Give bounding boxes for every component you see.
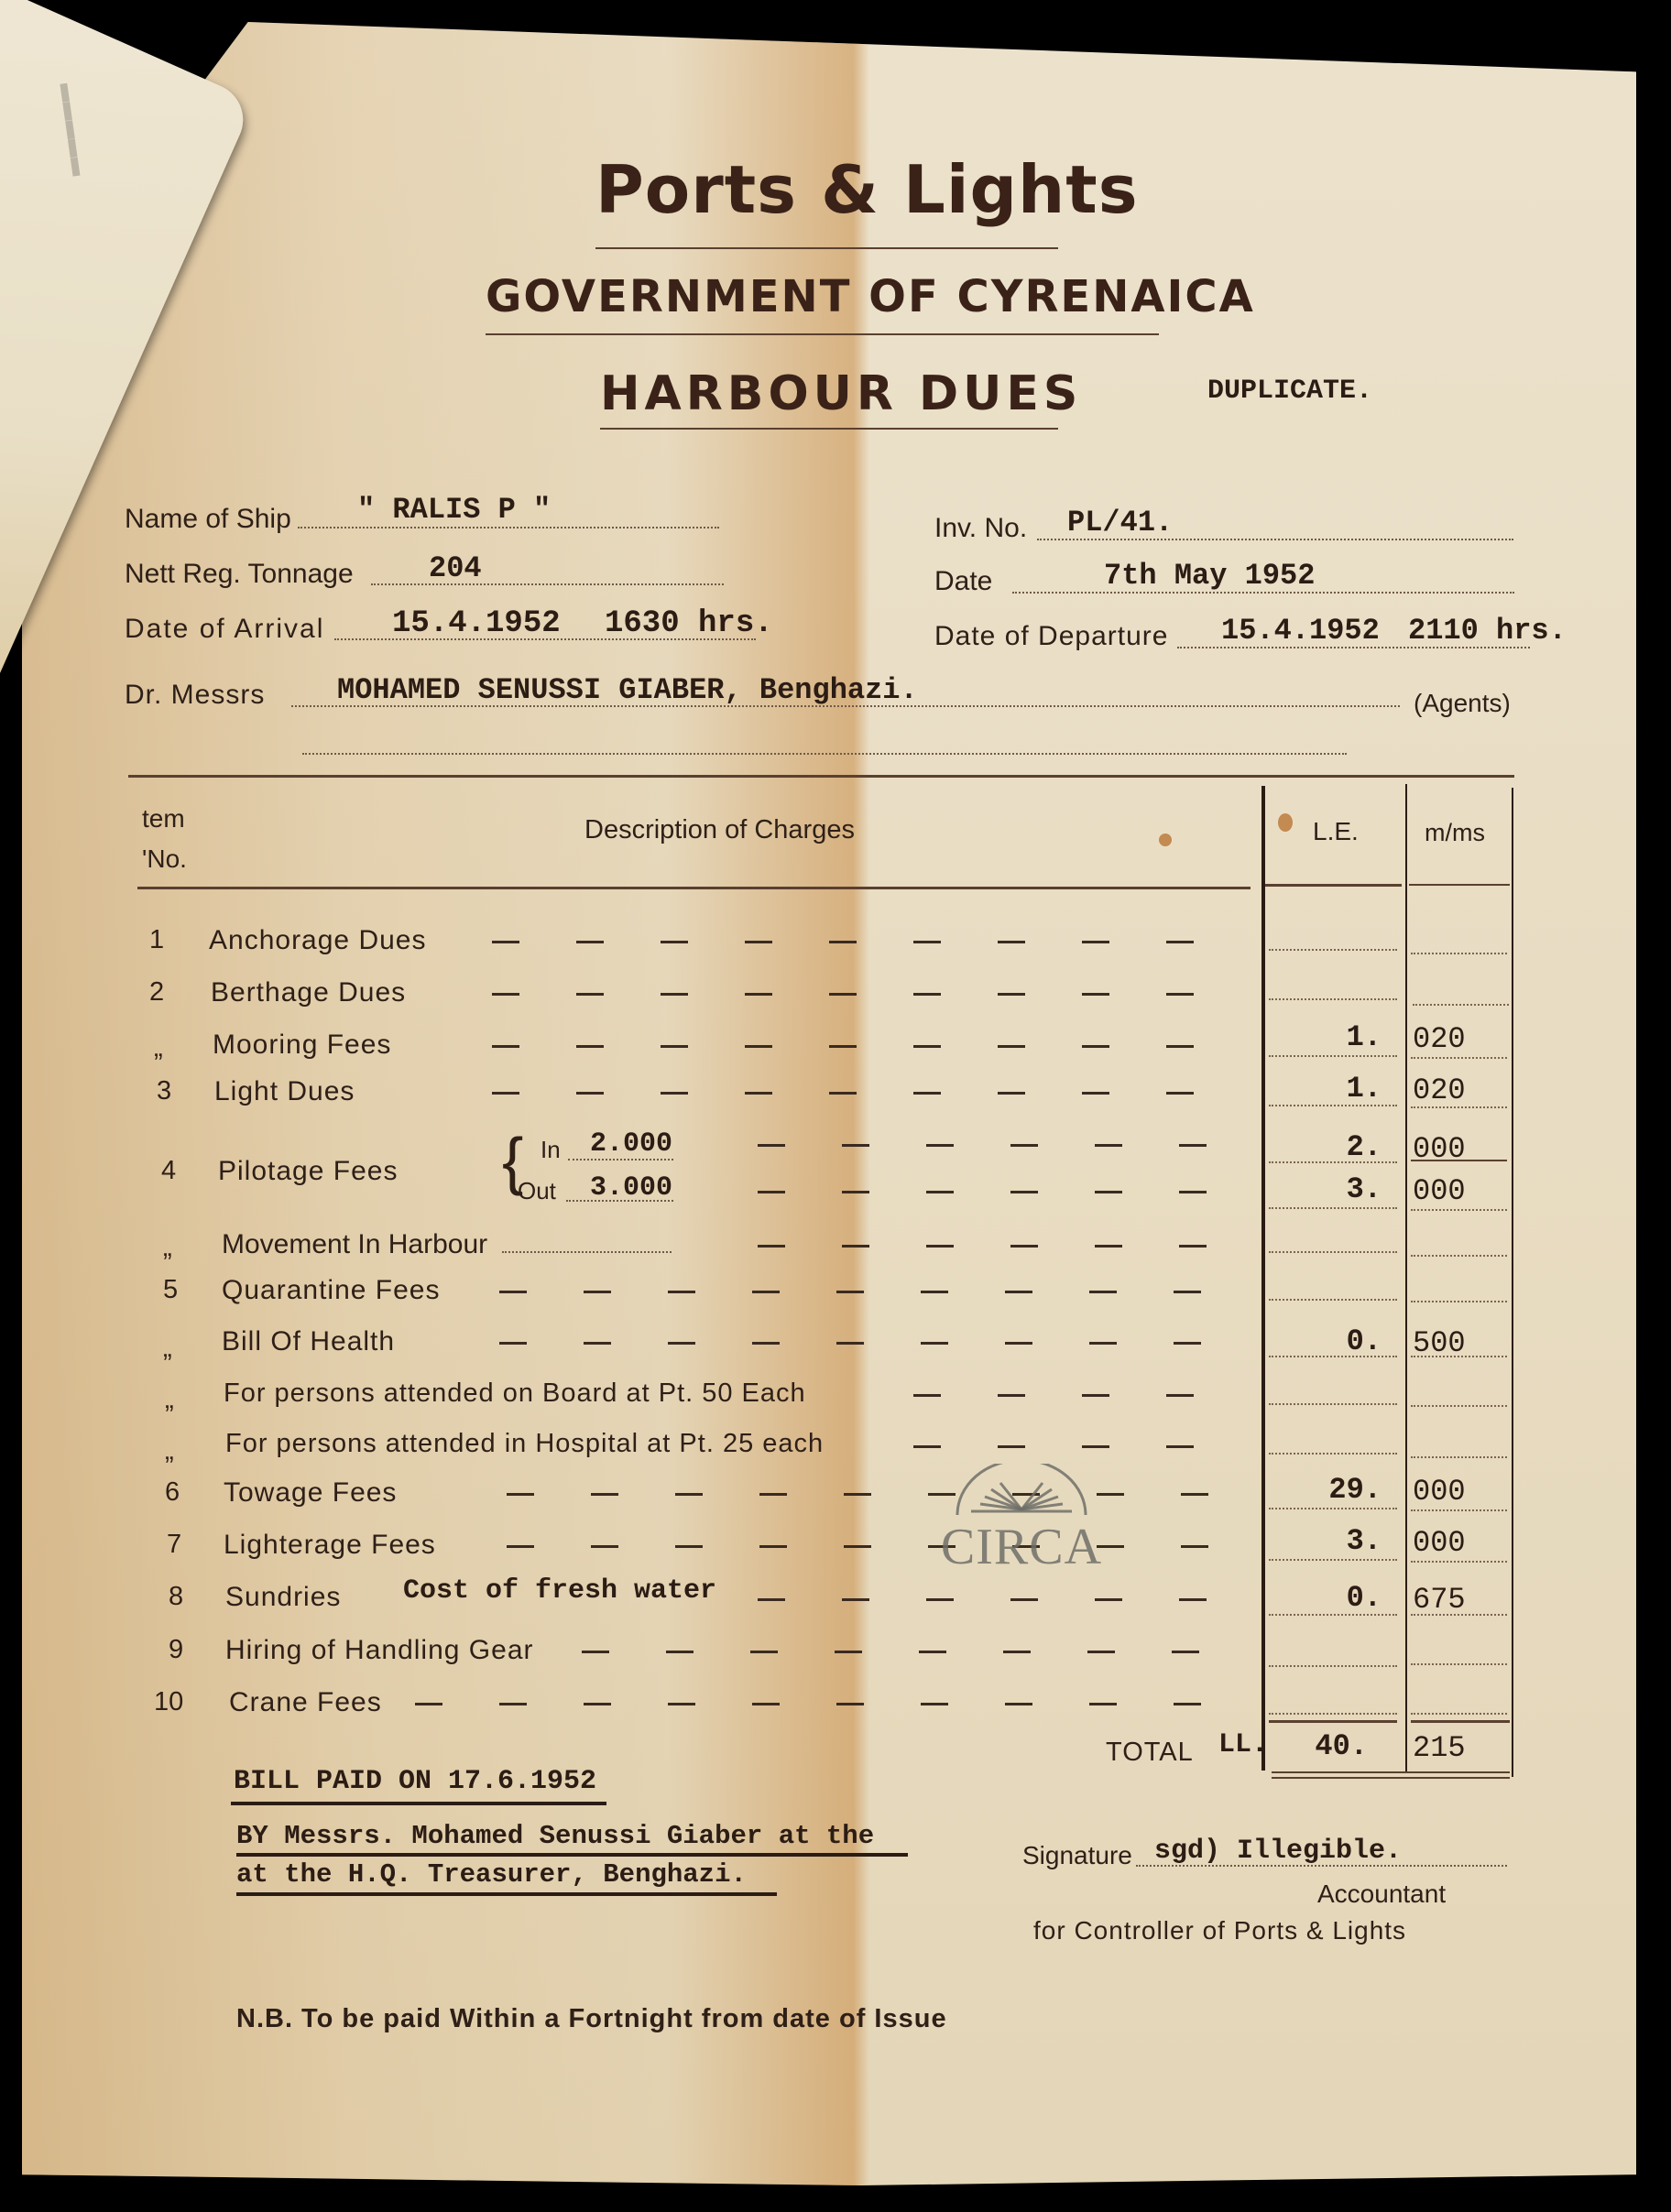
ink-stain: [1278, 813, 1293, 832]
sundries-le-value: 0.: [1281, 1581, 1382, 1615]
total-mms-value: 215: [1413, 1731, 1504, 1765]
light-dues-mms-value: 020: [1413, 1073, 1504, 1107]
leader-dashes: [758, 1245, 1263, 1248]
invoice-number-label: Inv. No.: [934, 513, 1027, 544]
row-description-sundries: Sundries: [225, 1582, 341, 1613]
arrival-date: 15.4.1952: [392, 606, 561, 641]
row-ditto-mark: „: [163, 1334, 172, 1364]
mms-cell-line: [1411, 1614, 1507, 1616]
leader-dashes: [913, 1445, 1251, 1448]
item-number-header-line1: tem: [142, 799, 187, 839]
pilotage-out-label: Out: [518, 1177, 556, 1205]
government-heading: GOVERNMENT OF CYRENAICA: [486, 271, 1255, 322]
departure-time: 2110 hrs.: [1408, 614, 1567, 648]
table-header-bottom-rule: [137, 887, 1251, 889]
signature-value: sgd) Illegible.: [1154, 1836, 1402, 1867]
ghost-text: ▬▬▬▬▬: [49, 81, 96, 178]
blank-dotted-line: [302, 753, 1347, 755]
mms-cell-line: [1411, 1405, 1507, 1407]
ship-name-field-line: [298, 527, 719, 528]
bill-paid-underline: [231, 1802, 606, 1805]
light-dues-le-value: 1.: [1281, 1072, 1382, 1106]
leader-dashes: [492, 993, 1251, 996]
le-header-bottom-rule: [1264, 884, 1402, 887]
signature-for-label: for Controller of Ports & Lights: [1033, 1916, 1406, 1945]
leader-dashes: [507, 1545, 1265, 1548]
mms-header: m/ms: [1425, 819, 1485, 847]
treasurer-line: at the H.Q. Treasurer, Benghazi.: [236, 1859, 747, 1890]
leader-dashes: [415, 1703, 1258, 1705]
mms-cell-line: [1411, 1057, 1507, 1059]
sundries-mms-value: 675: [1413, 1583, 1504, 1617]
leader-dashes: [499, 1291, 1258, 1293]
arrival-label: Date of Arrival: [125, 614, 324, 645]
leader-dashes: [913, 1394, 1251, 1397]
total-le-value: 40.: [1267, 1729, 1368, 1763]
row-description-bill-of-health: Bill Of Health: [222, 1326, 395, 1357]
row-ditto-mark: „: [165, 1436, 174, 1466]
row-number: 3: [157, 1076, 171, 1106]
pilotage-in-le-value: 2.: [1281, 1130, 1382, 1164]
movement-field-line: [502, 1251, 672, 1253]
le-cell-line: [1269, 1299, 1397, 1301]
tonnage-label: Nett Reg. Tonnage: [125, 559, 354, 590]
row-description-towage: Towage Fees: [224, 1477, 397, 1509]
row-description-anchorage: Anchorage Dues: [209, 925, 426, 956]
leader-dashes: [758, 1144, 1263, 1147]
mooring-mms-value: 020: [1413, 1022, 1504, 1056]
row-number: 7: [167, 1530, 181, 1560]
row-ditto-mark: „: [165, 1385, 174, 1415]
messrs-value: MOHAMED SENUSSI GIABER, Benghazi.: [337, 673, 918, 707]
subtotal-rule: [1411, 1720, 1510, 1723]
towage-le-value: 29.: [1281, 1473, 1382, 1507]
tonnage-field-line: [371, 583, 724, 585]
pilotage-out-amount: 3.000: [590, 1172, 672, 1204]
leader-dashes: [582, 1651, 1256, 1653]
mms-cell-line: [1411, 1160, 1507, 1161]
arrival-time: 1630 hrs.: [605, 606, 773, 641]
mms-cell-line: [1413, 1004, 1509, 1006]
le-cell-line: [1269, 1356, 1397, 1357]
mms-cell-line: [1411, 1663, 1507, 1665]
le-cell-line: [1269, 998, 1397, 1000]
le-cell-line: [1269, 1105, 1397, 1106]
row-number: 5: [163, 1275, 178, 1305]
lighterage-mms-value: 000: [1413, 1526, 1504, 1560]
leader-dashes: [507, 1493, 1265, 1496]
le-cell-line: [1269, 1251, 1397, 1253]
le-cell-line: [1269, 1665, 1397, 1667]
form-name: HARBOUR DUES: [600, 366, 1082, 421]
le-cell-line: [1269, 1207, 1397, 1209]
payment-terms-note: N.B. To be paid Within a Fortnight from …: [236, 2004, 947, 2034]
row-description-persons-in-hospital: For persons attended in Hospital at Pt. …: [225, 1429, 824, 1459]
paid-by-underline: [236, 1853, 908, 1857]
row-description-persons-on-board: For persons attended on Board at Pt. 50 …: [224, 1378, 806, 1409]
mms-cell-line: [1411, 1509, 1507, 1511]
leader-dashes: [758, 1191, 1263, 1193]
total-currency: LL.: [1218, 1729, 1268, 1760]
mms-cell-line: [1411, 1301, 1507, 1302]
mms-cell-line: [1411, 1209, 1507, 1211]
leader-dashes: [492, 1092, 1251, 1095]
leader-dashes: [758, 1598, 1263, 1601]
row-number: 1: [149, 925, 164, 955]
mms-cell-line: [1411, 1106, 1507, 1108]
ship-name-label: Name of Ship: [125, 504, 291, 535]
signature-label: Signature: [1022, 1841, 1132, 1870]
row-ditto-mark: „: [154, 1033, 163, 1063]
date-label: Date: [934, 566, 992, 597]
header-separator: [128, 775, 1514, 778]
le-mms-column-divider: [1405, 784, 1407, 1773]
total-double-rule: [1272, 1777, 1510, 1779]
row-description-lighterage: Lighterage Fees: [224, 1530, 436, 1561]
date-value: 7th May 1952: [1104, 559, 1315, 593]
row-description-pilotage: Pilotage Fees: [218, 1156, 398, 1187]
tonnage-value: 204: [429, 551, 482, 585]
open-book-icon: [953, 1464, 1090, 1517]
lighterage-le-value: 3.: [1281, 1524, 1382, 1558]
pilotage-out-le-value: 3.: [1281, 1172, 1382, 1206]
row-number: 8: [169, 1582, 183, 1612]
mms-cell-line: [1411, 953, 1507, 954]
le-header: L.E.: [1313, 817, 1359, 846]
le-cell-line: [1269, 1614, 1397, 1616]
leader-dashes: [492, 941, 1251, 943]
row-description-movement: Movement In Harbour: [222, 1229, 487, 1260]
watermark-text: CIRCA: [921, 1521, 1122, 1573]
circa-watermark: CIRCA: [921, 1464, 1122, 1573]
row-number: 4: [161, 1156, 176, 1186]
item-number-header-line2: 'No.: [142, 839, 187, 879]
total-label: TOTAL: [1106, 1738, 1194, 1768]
row-description-handling-gear: Hiring of Handling Gear: [225, 1635, 534, 1666]
le-cell-line: [1269, 949, 1397, 951]
row-number: 6: [165, 1477, 180, 1508]
bill-paid-line: BILL PAID ON 17.6.1952: [234, 1766, 596, 1797]
le-cell-line: [1269, 1559, 1397, 1561]
departure-label: Date of Departure: [934, 621, 1168, 652]
title-underline: [595, 247, 1058, 249]
le-cell-line: [1269, 1161, 1397, 1163]
item-number-header: tem 'No.: [142, 799, 187, 879]
document-title: Ports & Lights: [595, 151, 1139, 228]
invoice-number-value: PL/41.: [1067, 506, 1173, 539]
le-cell-line: [1269, 1403, 1397, 1405]
pilotage-in-amount: 2.000: [590, 1128, 672, 1160]
le-cell-line: [1269, 1508, 1397, 1509]
paid-by-line: BY Messrs. Mohamed Senussi Giaber at the: [236, 1821, 874, 1851]
mms-cell-line: [1411, 1561, 1507, 1563]
leader-dashes: [499, 1342, 1258, 1345]
mms-cell-line: [1411, 1255, 1507, 1257]
messrs-label: Dr. Messrs: [125, 680, 265, 711]
le-cell-line: [1269, 1453, 1397, 1455]
description-header: Description of Charges: [584, 815, 855, 845]
le-column-left-border: [1261, 786, 1265, 1771]
le-cell-line: [1269, 1713, 1397, 1715]
row-description-quarantine: Quarantine Fees: [222, 1275, 440, 1306]
mms-header-bottom-rule: [1409, 884, 1510, 886]
row-description-light-dues: Light Dues: [214, 1076, 355, 1107]
row-number: 9: [169, 1635, 183, 1665]
ship-name-value: " RALIS P ": [357, 493, 551, 527]
duplicate-mark: DUPLICATE.: [1207, 376, 1372, 407]
row-number: 2: [149, 977, 164, 1008]
row-description-crane: Crane Fees: [229, 1687, 382, 1718]
form-name-underline: [600, 428, 1058, 430]
leader-dashes: [492, 1045, 1251, 1048]
departure-date: 15.4.1952: [1221, 614, 1380, 648]
row-ditto-mark: „: [163, 1233, 172, 1263]
government-underline: [486, 333, 1159, 335]
mms-column-right-border: [1512, 788, 1513, 1777]
le-cell-line: [1269, 1055, 1397, 1057]
pilotage-in-label: In: [541, 1136, 561, 1164]
ink-stain: [1159, 834, 1172, 846]
row-description-berthage: Berthage Dues: [211, 977, 406, 1008]
towage-mms-value: 000: [1413, 1475, 1504, 1509]
mms-cell-line: [1411, 1356, 1507, 1357]
mms-cell-line: [1411, 1456, 1507, 1458]
agents-label: (Agents): [1414, 689, 1511, 718]
mms-cell-line: [1411, 1713, 1507, 1715]
sundries-note: Cost of fresh water: [403, 1575, 716, 1607]
treasurer-underline: [236, 1892, 777, 1896]
total-double-rule: [1272, 1771, 1510, 1773]
signature-role: Accountant: [1317, 1880, 1446, 1909]
mooring-le-value: 1.: [1281, 1020, 1382, 1054]
bill-of-health-le-value: 0.: [1281, 1324, 1382, 1358]
row-number: 10: [154, 1687, 183, 1717]
row-description-mooring: Mooring Fees: [213, 1030, 391, 1061]
pilotage-out-mms-value: 000: [1413, 1174, 1504, 1208]
subtotal-rule: [1269, 1720, 1397, 1723]
